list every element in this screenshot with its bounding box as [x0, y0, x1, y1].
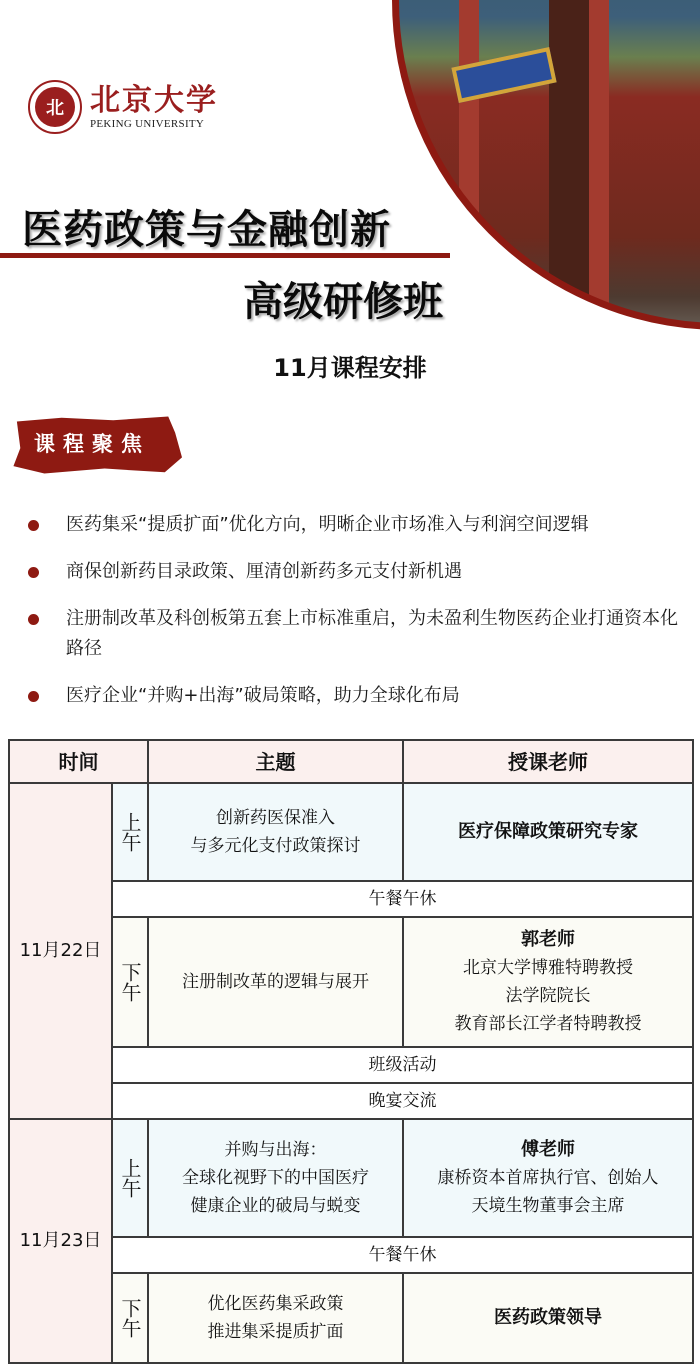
- table-row: 下午 优化医药集采政策 推进集采提质扩面 医药政策领导: [9, 1273, 693, 1363]
- topic-cell: 创新药医保准入 与多元化支付政策探讨: [148, 783, 403, 881]
- session-label: 下午: [112, 1273, 148, 1363]
- table-row: 晚宴交流: [9, 1083, 693, 1119]
- program-title-line2: 高级研修班: [243, 270, 443, 327]
- focus-item: 医药集采“提质扩面”优化方向，明晰企业市场准入与利润空间逻辑: [24, 510, 694, 540]
- class-activity: 班级活动: [112, 1047, 693, 1083]
- session-label: 上午: [112, 1119, 148, 1237]
- university-logo: 北 北京大学 PEKING UNIVERSITY: [28, 80, 218, 134]
- table-row: 班级活动: [9, 1047, 693, 1083]
- focus-list: 医药集采“提质扩面”优化方向，明晰企业市场准入与利润空间逻辑 商保创新药目录政策…: [24, 510, 694, 728]
- teacher-cell: 医药政策领导: [403, 1273, 693, 1363]
- hero-banner: 北 北京大学 PEKING UNIVERSITY 医药政策与金融创新 高级研修班: [0, 0, 700, 340]
- date-cell: 11月22日: [9, 783, 112, 1119]
- program-title-line1: 医药政策与金融创新: [22, 198, 391, 255]
- focus-item: 注册制改革及科创板第五套上市标准重启，为未盈利生物医药企业打通资本化路径: [24, 604, 694, 664]
- focus-item: 医疗企业“并购+出海”破局策略，助力全球化布局: [24, 681, 694, 711]
- dinner-networking: 晚宴交流: [112, 1083, 693, 1119]
- table-row: 午餐午休: [9, 1237, 693, 1273]
- header-topic: 主题: [148, 740, 403, 783]
- logo-name-en: PEKING UNIVERSITY: [90, 118, 218, 130]
- teacher-cell: 医疗保障政策研究专家: [403, 783, 693, 881]
- logo-name-cn: 北京大学: [90, 84, 218, 118]
- title-divider: [0, 253, 450, 258]
- focus-item: 商保创新药目录政策、厘清创新药多元支付新机遇: [24, 557, 694, 587]
- schedule-table: 时间 主题 授课老师 11月22日 上午 创新药医保准入 与多元化支付政策探讨 …: [8, 739, 694, 1364]
- table-row: 午餐午休: [9, 881, 693, 917]
- topic-cell: 优化医药集采政策 推进集采提质扩面: [148, 1273, 403, 1363]
- schedule-subtitle: 11月课程安排: [0, 348, 700, 383]
- table-row: 11月22日 上午 创新药医保准入 与多元化支付政策探讨 医疗保障政策研究专家: [9, 783, 693, 881]
- bullet-icon: [28, 520, 39, 531]
- gate-plaque: [451, 47, 556, 103]
- bullet-icon: [28, 691, 39, 702]
- topic-cell: 并购与出海： 全球化视野下的中国医疗 健康企业的破局与蜕变: [148, 1119, 403, 1237]
- teacher-cell: 郭老师 北京大学博雅特聘教授 法学院院长 教育部长江学者特聘教授: [403, 917, 693, 1047]
- table-row: 11月23日 上午 并购与出海： 全球化视野下的中国医疗 健康企业的破局与蜕变 …: [9, 1119, 693, 1237]
- bullet-icon: [28, 614, 39, 625]
- university-seal-icon: 北: [28, 80, 82, 134]
- session-label: 下午: [112, 917, 148, 1047]
- session-label: 上午: [112, 783, 148, 881]
- lunch-break: 午餐午休: [112, 881, 693, 917]
- teacher-cell: 傅老师 康桥资本首席执行官、创始人 天境生物董事会主席: [403, 1119, 693, 1237]
- table-row: 下午 注册制改革的逻辑与展开 郭老师 北京大学博雅特聘教授 法学院院长 教育部长…: [9, 917, 693, 1047]
- header-teacher: 授课老师: [403, 740, 693, 783]
- lunch-break: 午餐午休: [112, 1237, 693, 1273]
- bullet-icon: [28, 567, 39, 578]
- focus-badge-label: 课程聚焦: [34, 428, 150, 458]
- date-cell: 11月23日: [9, 1119, 112, 1363]
- header-time: 时间: [9, 740, 148, 783]
- table-header-row: 时间 主题 授课老师: [9, 740, 693, 783]
- topic-cell: 注册制改革的逻辑与展开: [148, 917, 403, 1047]
